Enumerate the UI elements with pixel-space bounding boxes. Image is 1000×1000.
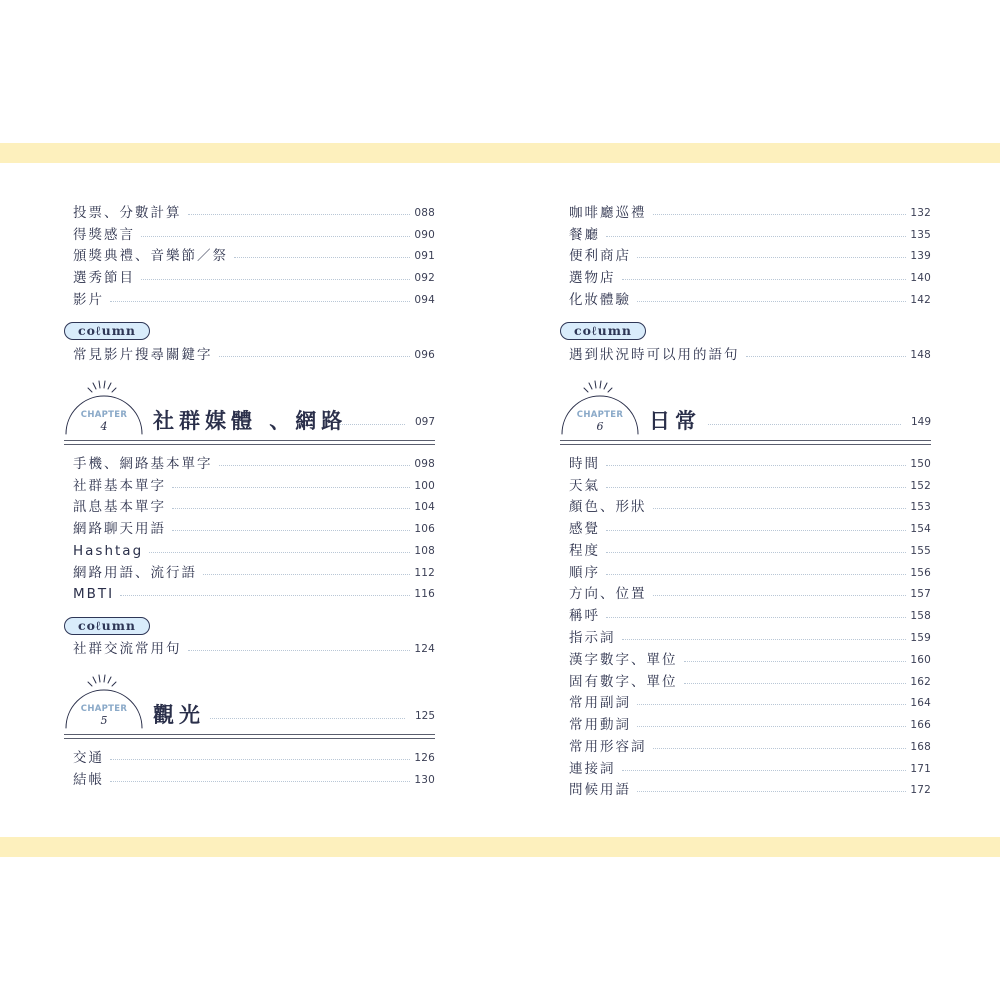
chapter-4-heading[interactable]: CHAPTER 4 社群媒體 、網路 097 [64, 378, 435, 436]
toc-entry[interactable]: 投票、分數計算088 [73, 203, 435, 223]
leader-dots [606, 574, 906, 575]
entry-title: 稱呼 [569, 606, 600, 626]
entry-page: 096 [414, 349, 435, 361]
entry-title: 選秀節目 [73, 268, 135, 288]
entry-title: 影片 [73, 290, 104, 310]
toc-entry[interactable]: 常用動詞166 [569, 715, 931, 735]
entry-title: 時間 [569, 454, 600, 474]
toc-entry[interactable]: 得獎感言090 [73, 225, 435, 245]
toc-entry[interactable]: 常用形容詞168 [569, 737, 931, 757]
toc-entry[interactable]: 常見影片搜尋關鍵字096 [73, 345, 435, 365]
entry-title: 指示詞 [569, 628, 616, 648]
entry-title: Hashtag [73, 541, 143, 561]
divider [64, 738, 435, 739]
toc-entry[interactable]: 咖啡廳巡禮132 [569, 203, 931, 223]
leader-dots [219, 356, 411, 357]
toc-entry[interactable]: 社群基本單字100 [73, 476, 435, 496]
entry-title: 常用副詞 [569, 693, 631, 713]
entry-title: 便利商店 [569, 246, 631, 266]
leader-dots [606, 617, 906, 618]
toc-entry[interactable]: 顏色、形狀153 [569, 497, 931, 517]
leader-dots [606, 530, 906, 531]
leader-dots [653, 508, 907, 509]
chapter-label: CHAPTER [574, 410, 626, 420]
leader-dots [622, 639, 907, 640]
toc-entry[interactable]: 連接詞171 [569, 759, 931, 779]
leader-dots [141, 236, 410, 237]
entry-title: 天氣 [569, 476, 600, 496]
chapter-number: 5 [78, 714, 130, 727]
entry-page: 168 [910, 741, 931, 753]
entry-page: 104 [414, 501, 435, 513]
entry-page: 108 [414, 545, 435, 557]
entry-page: 153 [910, 501, 931, 513]
toc-entry[interactable]: 手機、網路基本單字098 [73, 454, 435, 474]
toc-entry[interactable]: 選秀節目092 [73, 268, 435, 288]
entry-title: 頒獎典禮、音樂節／祭 [73, 246, 228, 266]
entry-page: 090 [414, 229, 435, 241]
entry-page: 126 [414, 752, 435, 764]
toc-entry[interactable]: Hashtag108 [73, 541, 435, 561]
toc-entry[interactable]: 問候用語172 [569, 780, 931, 800]
entry-title: MBTI [73, 584, 114, 604]
divider [64, 734, 435, 735]
entry-title: 化妝體驗 [569, 290, 631, 310]
leader-dots [637, 704, 906, 705]
toc-entry[interactable]: 結帳130 [73, 770, 435, 790]
entry-page: 091 [414, 250, 435, 262]
toc-entry[interactable]: 天氣152 [569, 476, 931, 496]
toc-entry[interactable]: 遇到狀況時可以用的語句148 [569, 345, 931, 365]
chapter-5-heading[interactable]: CHAPTER 5 觀光 125 [64, 672, 435, 730]
entry-title: 顏色、形狀 [569, 497, 647, 517]
leader-dots [110, 781, 410, 782]
leader-dots [234, 257, 410, 258]
entry-page: 164 [910, 697, 931, 709]
leader-dots [622, 770, 907, 771]
leader-dots [172, 487, 410, 488]
chapter-label: CHAPTER [78, 704, 130, 714]
leader-dots [172, 530, 410, 531]
leader-dots [188, 650, 411, 651]
entry-page: 155 [910, 545, 931, 557]
leader-dots [637, 257, 906, 258]
leader-dots [141, 279, 410, 280]
toc-entry[interactable]: 網路聊天用語106 [73, 519, 435, 539]
chapter-page: 149 [911, 416, 931, 428]
leader-dots [606, 487, 906, 488]
entry-page: 139 [910, 250, 931, 262]
entry-page: 100 [414, 480, 435, 492]
chapter-page: 125 [415, 710, 435, 722]
leader-dots [110, 301, 410, 302]
entry-title: 遇到狀況時可以用的語句 [569, 345, 740, 365]
chapter-title: 社群媒體 、網路 [153, 408, 347, 434]
toc-entry[interactable]: 餐廳135 [569, 225, 931, 245]
entry-page: 092 [414, 272, 435, 284]
toc-entry[interactable]: MBTI116 [73, 584, 435, 604]
toc-entry[interactable]: 交通126 [73, 748, 435, 768]
leader-dots [653, 748, 907, 749]
divider [560, 440, 931, 441]
entry-page: 166 [910, 719, 931, 731]
entry-page: 150 [910, 458, 931, 470]
entry-title: 結帳 [73, 770, 104, 790]
entry-page: 132 [910, 207, 931, 219]
chapter-6-heading[interactable]: CHAPTER 6 日常 149 [560, 378, 931, 436]
chapter-title: 觀光 [153, 702, 205, 728]
entry-page: 152 [910, 480, 931, 492]
entry-page: 124 [414, 643, 435, 655]
entry-page: 162 [910, 676, 931, 688]
entry-title: 常用形容詞 [569, 737, 647, 757]
divider [64, 440, 435, 441]
leader-dots [622, 279, 907, 280]
chapter-label: CHAPTER [78, 410, 130, 420]
column-badge: cоℓumn [560, 322, 646, 340]
toc-entry[interactable]: 固有數字、單位162 [569, 672, 931, 692]
toc-entry[interactable]: 順序156 [569, 563, 931, 583]
entry-page: 148 [910, 349, 931, 361]
column-badge: cоℓumn [64, 322, 150, 340]
entry-title: 手機、網路基本單字 [73, 454, 213, 474]
entry-page: 130 [414, 774, 435, 786]
entry-page: 160 [910, 654, 931, 666]
entry-title: 感覺 [569, 519, 600, 539]
toc-entry[interactable]: 時間150 [569, 454, 931, 474]
column-badge: cоℓumn [64, 617, 150, 635]
entry-title: 訊息基本單字 [73, 497, 166, 517]
divider [64, 444, 435, 445]
leader-dots [684, 661, 907, 662]
entry-page: 156 [910, 567, 931, 579]
entry-page: 171 [910, 763, 931, 775]
toc-entry[interactable]: 社群交流常用句124 [73, 639, 435, 659]
toc-entry[interactable]: 指示詞159 [569, 628, 931, 648]
toc-entry[interactable]: 常用副詞164 [569, 693, 931, 713]
entry-title: 餐廳 [569, 225, 600, 245]
entry-title: 交通 [73, 748, 104, 768]
entry-page: 112 [414, 567, 435, 579]
entry-page: 106 [414, 523, 435, 535]
chapter-number: 6 [574, 420, 626, 433]
toc-entry[interactable]: 稱呼158 [569, 606, 931, 626]
entry-page: 172 [910, 784, 931, 796]
entry-title: 社群基本單字 [73, 476, 166, 496]
entry-page: 159 [910, 632, 931, 644]
entry-title: 常見影片搜尋關鍵字 [73, 345, 213, 365]
entry-title: 連接詞 [569, 759, 616, 779]
toc-entry[interactable]: 方向、位置157 [569, 584, 931, 604]
chapter-number: 4 [78, 420, 130, 433]
entry-title: 網路聊天用語 [73, 519, 166, 539]
entry-title: 順序 [569, 563, 600, 583]
entry-page: 116 [414, 588, 435, 600]
entry-title: 得獎感言 [73, 225, 135, 245]
leader-dots [746, 356, 907, 357]
toc-entry[interactable]: 影片094 [73, 290, 435, 310]
toc-entry[interactable]: 頒獎典禮、音樂節／祭091 [73, 246, 435, 266]
entry-title: 問候用語 [569, 780, 631, 800]
entry-title: 漢字數字、單位 [569, 650, 678, 670]
entry-page: 157 [910, 588, 931, 600]
leader-dots [120, 595, 410, 596]
toc-entry[interactable]: 便利商店139 [569, 246, 931, 266]
toc-entry[interactable]: 網路用語、流行語112 [73, 563, 435, 583]
entry-title: 常用動詞 [569, 715, 631, 735]
leader-dots [172, 508, 410, 509]
entry-page: 135 [910, 229, 931, 241]
toc-entry[interactable]: 化妝體驗142 [569, 290, 931, 310]
entry-page: 158 [910, 610, 931, 622]
entry-title: 投票、分數計算 [73, 203, 182, 223]
chapter-title: 日常 [649, 408, 701, 434]
entry-title: 選物店 [569, 268, 616, 288]
leader-dots [110, 759, 410, 760]
entry-title: 咖啡廳巡禮 [569, 203, 647, 223]
entry-title: 方向、位置 [569, 584, 647, 604]
entry-page: 140 [910, 272, 931, 284]
leader-dots [203, 574, 410, 575]
leader-dots [606, 236, 906, 237]
leader-dots [606, 552, 906, 553]
toc-entry[interactable]: 訊息基本單字104 [73, 497, 435, 517]
leader-dots [653, 595, 907, 596]
leader-dots [653, 214, 907, 215]
divider [560, 444, 931, 445]
entry-title: 固有數字、單位 [569, 672, 678, 692]
toc-entry[interactable]: 感覺154 [569, 519, 931, 539]
toc-entry[interactable]: 選物店140 [569, 268, 931, 288]
leader-dots [684, 683, 907, 684]
toc-entry[interactable]: 漢字數字、單位160 [569, 650, 931, 670]
toc-entry[interactable]: 程度155 [569, 541, 931, 561]
leader-dots [210, 718, 405, 719]
chapter-page: 097 [415, 416, 435, 428]
entry-title: 程度 [569, 541, 600, 561]
entry-page: 088 [414, 207, 435, 219]
leader-dots [340, 424, 405, 425]
leader-dots [219, 465, 411, 466]
entry-title: 網路用語、流行語 [73, 563, 197, 583]
entry-page: 142 [910, 294, 931, 306]
leader-dots [188, 214, 411, 215]
leader-dots [149, 552, 410, 553]
entry-page: 154 [910, 523, 931, 535]
leader-dots [708, 424, 901, 425]
top-decorative-band [0, 143, 1000, 163]
leader-dots [637, 791, 906, 792]
bottom-decorative-band [0, 837, 1000, 857]
entry-page: 098 [414, 458, 435, 470]
entry-title: 社群交流常用句 [73, 639, 182, 659]
entry-page: 094 [414, 294, 435, 306]
leader-dots [606, 465, 906, 466]
leader-dots [637, 726, 906, 727]
leader-dots [637, 301, 906, 302]
